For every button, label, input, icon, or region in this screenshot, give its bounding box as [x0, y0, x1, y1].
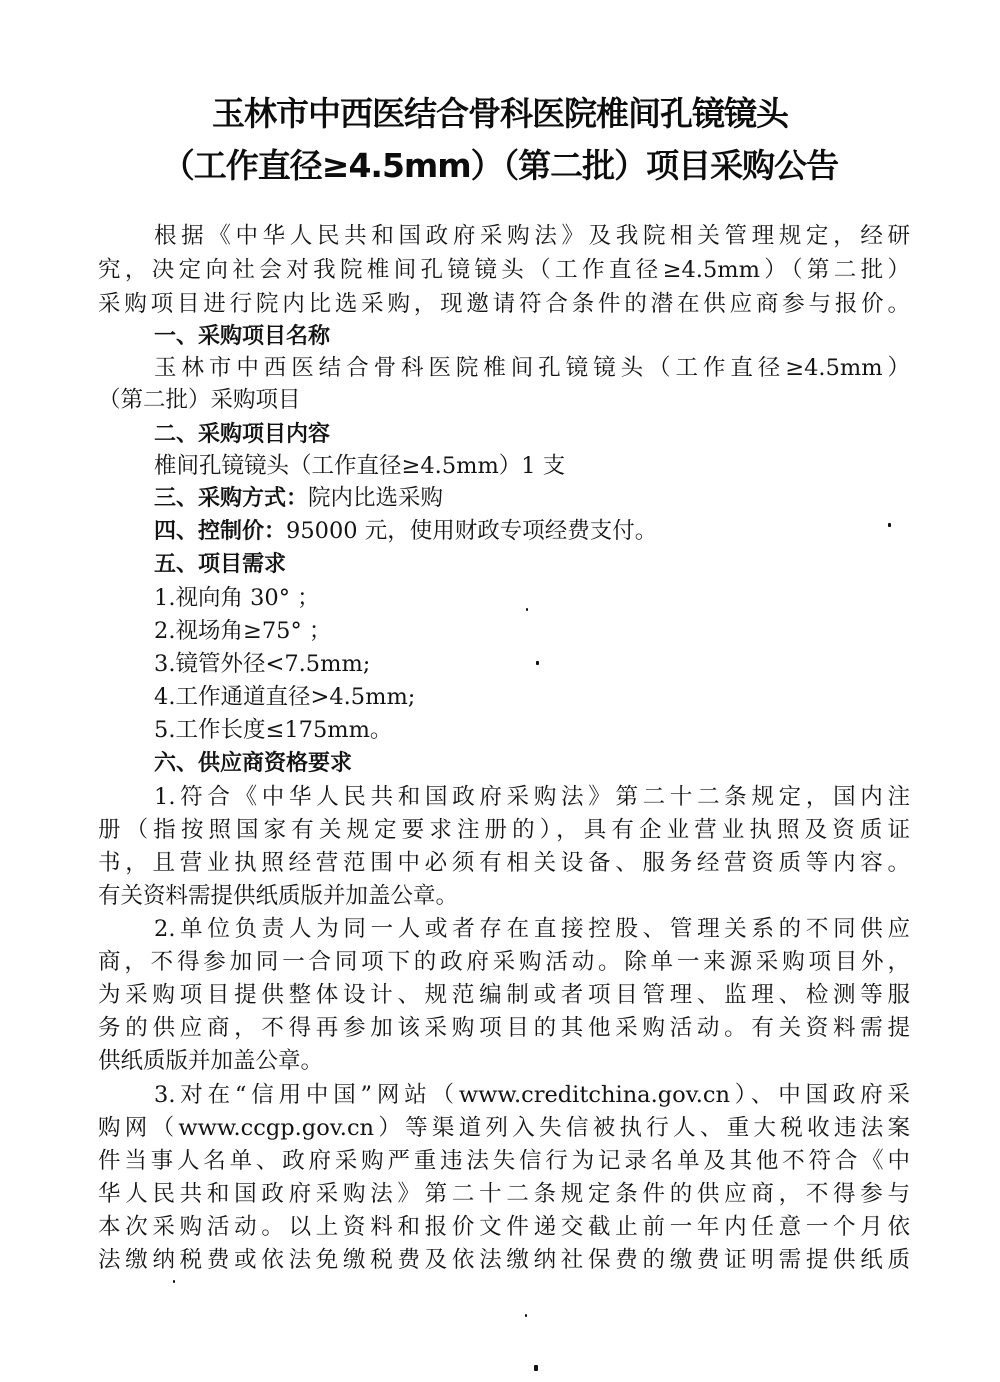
section-heading-procurement-method: 三、采购方式：	[154, 486, 308, 511]
qualification-text: 商，不得参加同一合同项下的政府采购活动。除单一来源采购项目外，	[98, 946, 910, 979]
qualification-text: 件当事人名单、政府采购严重违法失信行为记录名单及其他不符合《中	[98, 1145, 910, 1178]
section-procurement-method: 三、采购方式：院内比选采购	[154, 482, 910, 515]
qualification-text: 册（指按照国家有关规定要求注册的），具有企业营业执照及资质证	[98, 814, 910, 847]
qualification-text: 供纸质版并加盖公章。	[98, 1045, 910, 1078]
scan-speck	[173, 1280, 175, 1283]
document-page: 玉林市中西医结合骨科医院椎间孔镜镜头 （工作直径≥4.5mm）（第二批）项目采购…	[0, 0, 1000, 1382]
qualification-text: 购网（www.ccgp.gov.cn）等渠道列入失信被执行人、重大税收违法案	[98, 1112, 910, 1145]
scan-speck	[534, 1365, 538, 1371]
document-title-line-1: 玉林市中西医结合骨科医院椎间孔镜镜头	[0, 88, 1000, 135]
qualification-text: 华人民共和国政府采购法》第二十二条规定条件的供应商，不得参与	[98, 1178, 910, 1211]
section-control-price: 四、控制价：95000 元，使用财政专项经费支付。	[154, 515, 910, 548]
intro-line: 根据《中华人民共和国政府采购法》及我院相关管理规定，经研	[154, 220, 910, 253]
qualification-text: 法缴纳税费或依法免缴税费及依法缴纳社保费的缴费证明需提供纸质	[98, 1244, 910, 1277]
requirement-item: 2.视场角≥75° ；	[154, 615, 910, 648]
section-heading-supplier-qualifications: 六、供应商资格要求	[154, 747, 910, 780]
scan-speck	[888, 523, 891, 527]
intro-line: 采购项目进行院内比选采购，现邀请符合条件的潜在供应商参与报价。	[98, 288, 910, 321]
section-heading-project-name: 一、采购项目名称	[154, 320, 910, 353]
qualification-text: 为采购项目提供整体设计、规范编制或者项目管理、监理、检测等服	[98, 979, 910, 1012]
qualification-text: 2.单位负责人为同一人或者存在直接控股、管理关系的不同供应	[154, 913, 910, 946]
requirement-item: 4.工作通道直径>4.5mm;	[154, 681, 910, 714]
requirement-item: 1.视向角 30° ；	[154, 582, 910, 615]
intro-line: 究，决定向社会对我院椎间孔镜镜头（工作直径≥4.5mm）（第二批）	[98, 254, 910, 287]
section-text: 玉林市中西医结合骨科医院椎间孔镜镜头（工作直径≥4.5mm）	[154, 352, 910, 385]
section-heading-project-content: 二、采购项目内容	[154, 418, 910, 451]
procurement-method-value: 院内比选采购	[308, 485, 443, 511]
qualification-text: 3.对在“信用中国”网站（www.creditchina.gov.cn）、中国政…	[154, 1079, 910, 1112]
section-heading-control-price: 四、控制价：	[154, 519, 286, 544]
requirement-item: 3.镜管外径<7.5mm;	[154, 648, 910, 681]
document-title-line-2: （工作直径≥4.5mm）（第二批）项目采购公告	[0, 140, 1000, 187]
requirement-item: 5.工作长度≤175mm。	[154, 714, 910, 747]
qualification-text: 本次采购活动。以上资料和报价文件递交截止前一年内任意一个月依	[98, 1211, 910, 1244]
scan-speck	[525, 1314, 527, 1317]
section-text: 椎间孔镜镜头（工作直径≥4.5mm）1 支	[154, 450, 910, 483]
qualification-text: 书，且营业执照经营范围中必须有相关设备、服务经营资质等内容。	[98, 847, 910, 880]
section-text: （第二批）采购项目	[98, 384, 910, 417]
section-heading-requirements: 五、项目需求	[154, 548, 910, 581]
control-price-value: 95000 元，使用财政专项经费支付。	[286, 518, 657, 544]
scan-speck	[536, 661, 539, 665]
qualification-text: 1.符合《中华人民共和国政府采购法》第二十二条规定，国内注	[154, 781, 910, 814]
qualification-text: 务的供应商，不得再参加该采购项目的其他采购活动。有关资料需提	[98, 1012, 910, 1045]
qualification-text: 有关资料需提供纸质版并加盖公章。	[98, 880, 910, 913]
scan-speck	[526, 608, 528, 611]
